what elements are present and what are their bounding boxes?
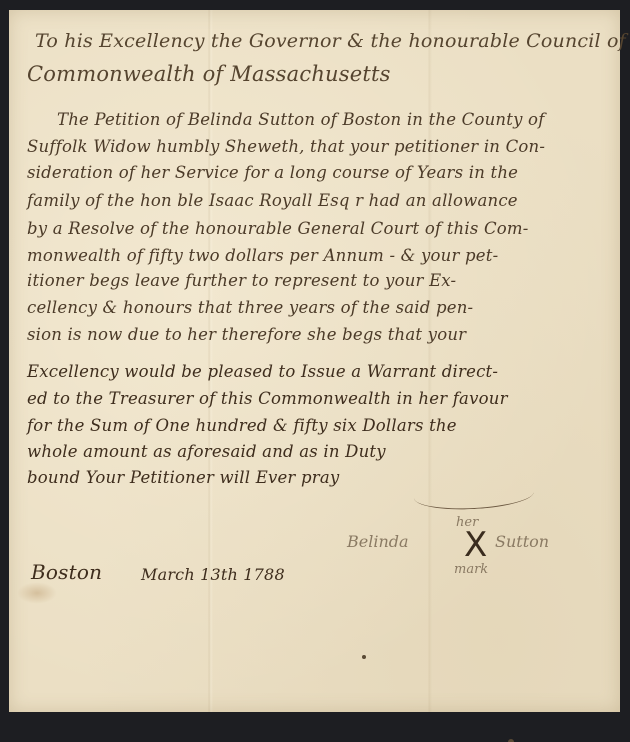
body-line-6: monwealth of fifty two dollars per Annum… — [27, 248, 498, 265]
body-line-4: family of the hon ble Isaac Royall Esq r… — [27, 193, 518, 210]
dateline-date: March 13th 1788 — [141, 567, 285, 583]
paper-stain — [17, 582, 57, 604]
body-line-3: sideration of her Service for a long cou… — [27, 165, 518, 182]
body-line-13: whole amount as aforesaid and as in Duty — [27, 444, 386, 461]
signature-first-name: Belinda — [347, 532, 409, 551]
body-line-12: for the Sum of One hundred & fifty six D… — [27, 418, 457, 435]
body-line-11: ed to the Treasurer of this Commonwealth… — [27, 391, 508, 408]
body-line-1: The Petition of Belinda Sutton of Boston… — [57, 112, 545, 129]
body-line-10: Excellency would be pleased to Issue a W… — [27, 364, 498, 381]
body-line-9: sion is now due to her therefore she beg… — [27, 327, 466, 344]
address-line-1: To his Excellency the Governor & the hon… — [35, 32, 630, 51]
signature-last-name: Sutton — [495, 532, 549, 551]
closing-flourish — [414, 485, 535, 512]
body-line-8: cellency & honours that three years of t… — [27, 300, 473, 317]
dateline-place: Boston — [31, 562, 102, 582]
manuscript-page: To his Excellency the Governor & the hon… — [9, 10, 620, 712]
scanned-document: To his Excellency the Governor & the hon… — [0, 0, 630, 742]
body-line-5: by a Resolve of the honourable General C… — [27, 221, 529, 238]
body-line-2: Suffolk Widow humbly Sheweth, that your … — [27, 139, 545, 156]
body-line-7: itioner begs leave further to represent … — [27, 273, 456, 290]
paper-speck — [362, 655, 366, 659]
address-line-2: Commonwealth of Massachusetts — [27, 64, 391, 85]
signature-mark-label: mark — [454, 562, 488, 577]
signature-mark-x: X — [464, 528, 487, 562]
body-line-14: bound Your Petitioner will Ever pray — [27, 470, 339, 487]
